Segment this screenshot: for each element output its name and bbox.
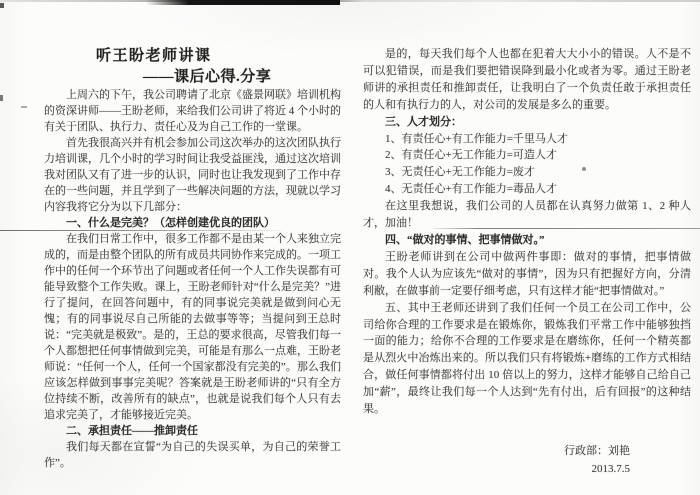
paragraph-encouragement: 在这里我想说，我们公司的人员都在认真努力做第 1、2 种人才，加油！ [363,198,691,232]
paragraph-section-4: 王盼老师讲到在公司中做两件事即：做对的事情，把事情做对。我个人认为应该先“做对的… [363,249,691,300]
document-subtitle: ——课后心得.分享 [143,65,271,86]
paragraph-section-2-cont: 是的，每天我们每个人也都在犯着大大小小的错误。人不是不可以犯错误，而是我们要把错… [363,46,691,114]
scan-edge-line [0,0,700,2]
section-heading-2: 二、承担责任——推卸责任 [44,423,341,439]
section-heading-4: 四、“做对的事情、把事情做对。” [363,232,691,249]
scanned-document: 听王盼老师讲课 ——课后心得.分享 上周六的下午，我公司聘请了北京《盛景网联》培… [0,0,700,495]
paragraph-section-5: 五、其中王老师还讲到了我们任何一个员工在公司工作中，公司给你合理的工作要求是在锻… [363,300,691,418]
date-line: 2013.7.5 [363,460,630,478]
scan-speck [0,95,3,101]
talent-list-item-1: 1、有责任心+有工作能力=千里马人才 [363,131,691,148]
signature-line: 行政部：刘艳 [363,442,630,460]
left-page-body: 上周六的下午，我公司聘请了北京《盛景网联》培训机构的资深讲师——王盼老师，来给我… [44,87,341,471]
paragraph-section-2-start: 我们每天都在宣誓“为自己的失误买单，为自己的荣誉工作”。 [44,439,341,471]
signature-block: 行政部：刘艳 2013.7.5 [363,442,691,478]
paragraph-overview: 首先我很高兴并有机会参加公司这次举办的这次团队执行力培训课，几个小时的学习时间让… [44,135,341,215]
right-page-body: 是的，每天我们每个人也都在犯着大大小小的错误。人不是不可以犯错误，而是我们要把错… [363,46,691,478]
section-heading-1: 一、什么是完美？（怎样创建优良的团队） [44,215,341,231]
talent-list-item-3: 3、无责任心+无工作能力=废才 [363,164,691,181]
talent-list-item-4: 4、无责任心+有工作能力=毒品人才 [363,181,691,198]
document-title: 听王盼老师讲课 [96,44,212,65]
scan-speck [0,3,4,8]
section-heading-3: 三、人才划分： [363,114,691,131]
scan-speck [21,106,27,108]
paragraph-section-1: 在我们日常工作中，很多工作都不是由某一个人来独立完成的，而是由整个团队的所有成员… [44,231,341,423]
scan-black-bar [146,0,340,5]
talent-list-item-2: 2、有责任心+无工作能力=可造人才 [363,147,691,164]
paragraph-intro: 上周六的下午，我公司聘请了北京《盛景网联》培训机构的资深讲师——王盼老师，来给我… [44,87,341,135]
